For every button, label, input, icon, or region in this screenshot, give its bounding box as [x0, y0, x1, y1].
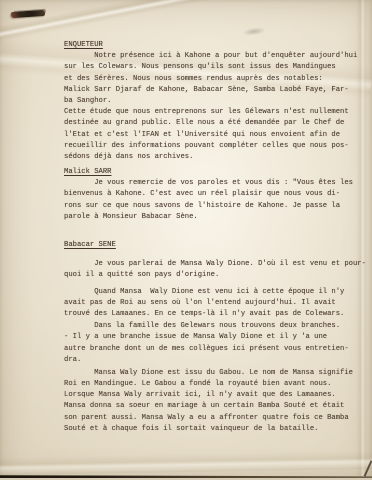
paper-crease-bottom — [0, 451, 372, 475]
paragraph: Cette étude que nous entreprenons sur le… — [64, 107, 372, 163]
paragraph: Quand Mansa Waly Dione est venu ici à ce… — [64, 287, 372, 321]
text-line: Malick Sarr Djaraf de Kahone, Babacar Sè… — [64, 85, 372, 96]
text-line: et des Sérères. Nous nous sommes rendus … — [64, 74, 372, 85]
ink-mark — [11, 10, 45, 18]
page-edge-shadow — [0, 475, 372, 478]
section-heading: Babacar SENE — [64, 240, 372, 251]
text-line: Je vous remercie de vos paroles et vous … — [64, 178, 372, 189]
section-malick-sarr: Malick SARR Je vous remercie de vos paro… — [64, 167, 372, 223]
text-line: destinée au grand public. Elle nous a ét… — [64, 118, 372, 129]
scanned-document-page: ENQUETEUR Notre présence ici à Kahone a … — [0, 0, 372, 480]
text-line: Quand Mansa Waly Dione est venu ici à ce… — [64, 287, 372, 298]
text-line: l'Etat et c'est l'IFAN et l'Université q… — [64, 130, 372, 141]
text-line: Mansa donna sa soeur en mariage à un cer… — [64, 401, 372, 412]
text-line: dra. — [64, 355, 372, 366]
text-line: parole à Monsieur Babacar Sène. — [64, 212, 372, 223]
text-line: Mansa Waly Dione est issu du Gabou. Le n… — [64, 368, 372, 379]
text-line: rons sur ce que nous savons de l'histoir… — [64, 201, 372, 212]
paragraph: Je vous remercie de vos paroles et vous … — [64, 178, 372, 223]
section-enqueteur: ENQUETEUR Notre présence ici à Kahone a … — [64, 40, 372, 163]
document-body: ENQUETEUR Notre présence ici à Kahone a … — [64, 40, 372, 435]
paragraph: Notre présence ici à Kahone a pour but d… — [64, 51, 372, 107]
text-line: autre branche dont un de mes collègues i… — [64, 344, 372, 355]
text-line: Cette étude que nous entreprenons sur le… — [64, 107, 372, 118]
text-line: Souté et à chaque fois il sortait vainqu… — [64, 424, 372, 435]
text-line: quoi il a quitté son pays d'origine. — [64, 270, 372, 281]
section-babacar-sene: Babacar SENE Je vous parlerai de Mansa W… — [64, 240, 372, 435]
text-line: son parent aussi. Mansa Waly a eu a affr… — [64, 413, 372, 424]
text-line: Je vous parlerai de Mansa Waly Dione. D'… — [64, 259, 372, 270]
corner-mark — [364, 460, 372, 476]
text-line: avait pas de Roi au sens où l'on l'enten… — [64, 298, 372, 309]
text-line: trouvé des Lamaanes. En ce temps-là il n… — [64, 309, 372, 320]
section-heading: ENQUETEUR — [64, 40, 372, 51]
text-line: ba Sanghor. — [64, 96, 372, 107]
paragraph: Mansa Waly Dione est issu du Gabou. Le n… — [64, 368, 372, 435]
text-line: Dans la famille des Gelewars nous trouvo… — [64, 321, 372, 332]
text-line: bienvenus à Kahone. C'est avec un réel p… — [64, 189, 372, 200]
section-heading: Malick SARR — [64, 167, 372, 178]
text-line: Lorsque Mansa Waly arrivait ici, il n'y … — [64, 390, 372, 401]
smudge — [243, 27, 266, 37]
paragraph: Dans la famille des Gelewars nous trouvo… — [64, 321, 372, 332]
text-line: Notre présence ici à Kahone a pour but d… — [64, 51, 372, 62]
paragraph: Je vous parlerai de Mansa Waly Dione. D'… — [64, 259, 372, 281]
text-line: sur les Colewars. Nous pensons qu'ils so… — [64, 62, 372, 73]
text-line: Roi en Mandingue. Le Gabou a fondé la ro… — [64, 379, 372, 390]
text-line: - Il y a une branche issue de Mansa Waly… — [64, 332, 372, 343]
paragraph: - Il y a une branche issue de Mansa Waly… — [64, 332, 372, 366]
text-line: sédons déjà dans nos archives. — [64, 152, 372, 163]
text-line: recueillir des informations pouvant comp… — [64, 141, 372, 152]
